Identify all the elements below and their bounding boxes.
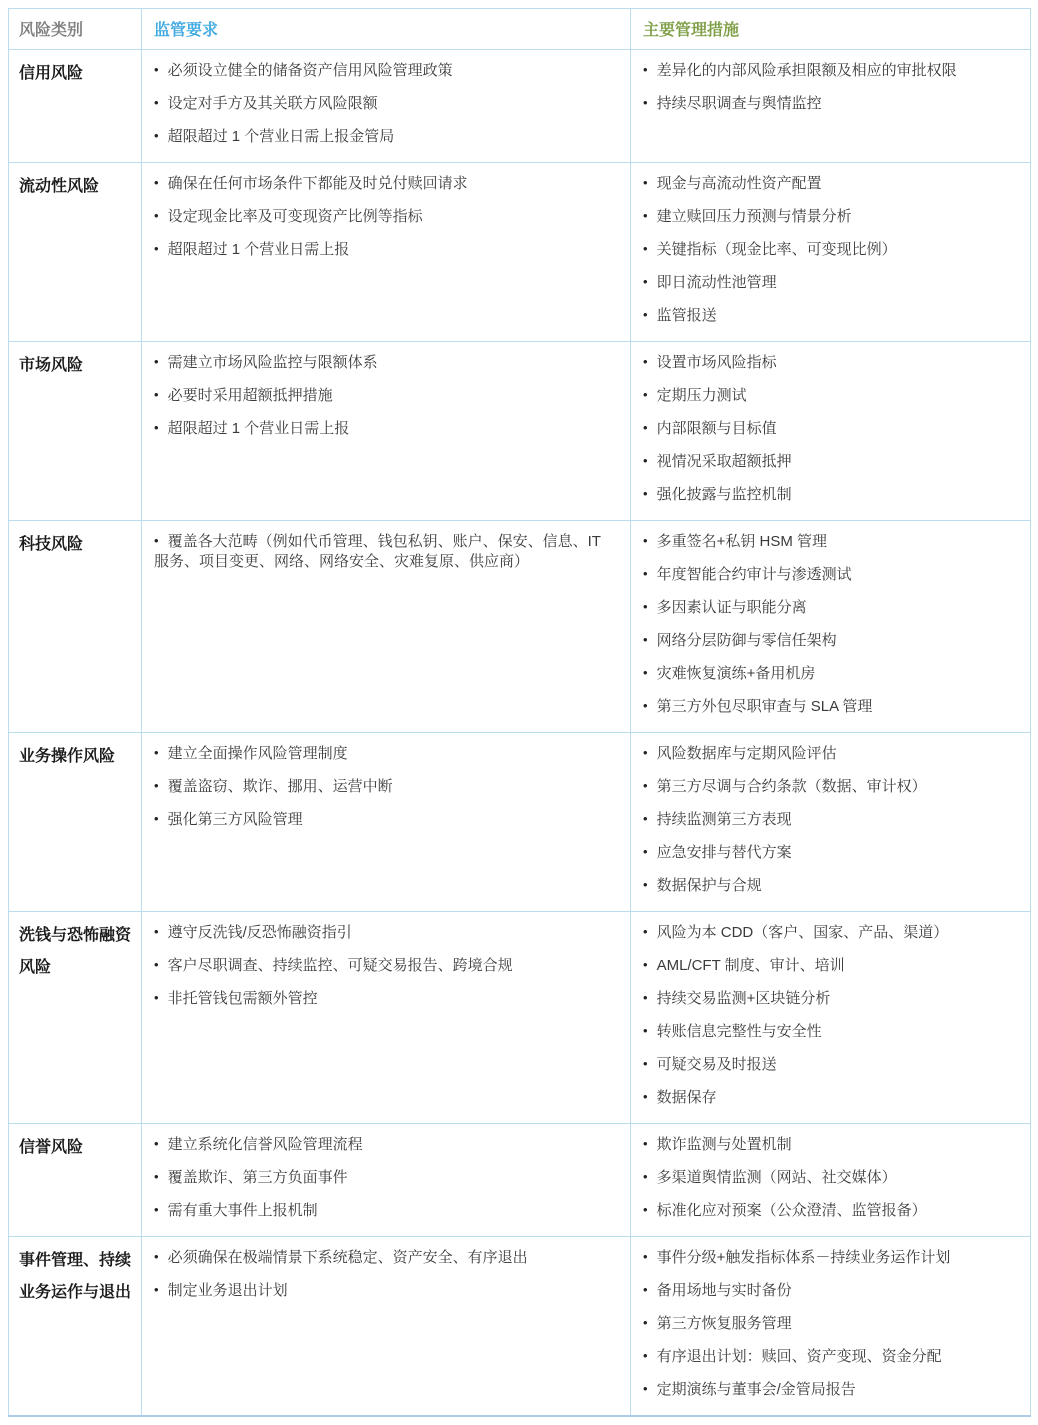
requirement-item-text: 需建立市场风险监控与限额体系 [168, 354, 378, 371]
measures-cell: •多重签名+私钥 HSM 管理•年度智能合约审计与渗透测试•多因素认证与职能分离… [631, 521, 1031, 733]
requirement-item: •需建立市场风险监控与限额体系 [154, 353, 618, 373]
bullet-icon: • [643, 955, 648, 975]
requirement-item: •超限超过 1 个营业日需上报 [154, 240, 618, 260]
bullet-icon: • [643, 173, 648, 193]
measure-item-text: AML/CFT 制度、审计、培训 [657, 957, 845, 974]
bullet-icon: • [154, 988, 159, 1008]
bullet-icon: • [643, 696, 648, 716]
requirement-item: •建立全面操作风险管理制度 [154, 744, 618, 764]
risk-category-cell: 信用风险 [9, 50, 142, 163]
measure-item: •灾难恢复演练+备用机房 [643, 664, 1018, 684]
requirements-cell: •建立系统化信誉风险管理流程•覆盖欺诈、第三方负面事件•需有重大事件上报机制 [142, 1124, 631, 1237]
measure-item: •内部限额与目标值 [643, 419, 1018, 439]
requirements-cell: •建立全面操作风险管理制度•覆盖盗窃、欺诈、挪用、运营中断•强化第三方风险管理 [142, 733, 631, 912]
requirement-list: •覆盖各大范畴（例如代币管理、钱包私钥、账户、保安、信息、IT 服务、项目变更、… [154, 532, 618, 572]
requirements-cell: •必须设立健全的储备资产信用风险管理政策•设定对手方及其关联方风险限额•超限超过… [142, 50, 631, 163]
measure-item-text: 差异化的内部风险承担限额及相应的审批权限 [657, 62, 957, 79]
table-row: 流动性风险•确保在任何市场条件下都能及时兑付赎回请求•设定现金比率及可变现资产比… [9, 163, 1031, 342]
header-regulatory-requirements: 监管要求 [142, 9, 631, 50]
measure-item: •风险为本 CDD（客户、国家、产品、渠道） [643, 923, 1018, 943]
requirement-list: •建立系统化信誉风险管理流程•覆盖欺诈、第三方负面事件•需有重大事件上报机制 [154, 1135, 618, 1221]
bullet-icon: • [643, 239, 648, 259]
measure-item-text: 数据保护与合规 [657, 877, 762, 894]
bullet-icon: • [154, 1280, 159, 1300]
measure-item-text: 建立赎回压力预测与情景分析 [657, 208, 852, 225]
measure-item-text: 多重签名+私钥 HSM 管理 [657, 533, 827, 550]
requirement-item-text: 覆盖盗窃、欺诈、挪用、运营中断 [168, 778, 393, 795]
bullet-icon: • [154, 126, 159, 146]
measure-item-text: 转账信息完整性与安全性 [657, 1023, 822, 1040]
bullet-icon: • [643, 1087, 648, 1107]
requirement-item-text: 非托管钱包需额外管控 [168, 990, 318, 1007]
measure-item-text: 第三方恢复服务管理 [657, 1315, 792, 1332]
measure-item: •年度智能合约审计与渗透测试 [643, 565, 1018, 585]
bullet-icon: • [643, 1021, 648, 1041]
requirement-item: •必须确保在极端情景下系统稳定、资产安全、有序退出 [154, 1248, 618, 1268]
requirement-item-text: 遵守反洗钱/反恐怖融资指引 [168, 924, 352, 941]
bullet-icon: • [154, 1134, 159, 1154]
measure-item: •监管报送 [643, 306, 1018, 326]
measure-item: •欺诈监测与处置机制 [643, 1135, 1018, 1155]
measure-item-text: 第三方外包尽职审查与 SLA 管理 [657, 698, 873, 715]
measure-item: •数据保存 [643, 1088, 1018, 1108]
measure-item: •即日流动性池管理 [643, 273, 1018, 293]
risk-category-cell: 业务操作风险 [9, 733, 142, 912]
requirement-item: •超限超过 1 个营业日需上报金管局 [154, 127, 618, 147]
bullet-icon: • [154, 922, 159, 942]
requirement-item-text: 设定现金比率及可变现资产比例等指标 [168, 208, 423, 225]
requirement-item: •设定现金比率及可变现资产比例等指标 [154, 207, 618, 227]
measure-item: •设置市场风险指标 [643, 353, 1018, 373]
requirement-item: •覆盖盗窃、欺诈、挪用、运营中断 [154, 777, 618, 797]
requirement-item: •制定业务退出计划 [154, 1281, 618, 1301]
risk-category-cell: 事件管理、持续业务运作与退出 [9, 1237, 142, 1417]
measure-item-text: 有序退出计划：赎回、资产变现、资金分配 [657, 1348, 942, 1365]
bullet-icon: • [154, 776, 159, 796]
measure-item-text: 现金与高流动性资产配置 [657, 175, 822, 192]
measure-item-text: 灾难恢复演练+备用机房 [657, 665, 816, 682]
measure-item: •风险数据库与定期风险评估 [643, 744, 1018, 764]
requirement-item-text: 建立系统化信誉风险管理流程 [168, 1136, 363, 1153]
measure-item: •建立赎回压力预测与情景分析 [643, 207, 1018, 227]
measure-list: •多重签名+私钥 HSM 管理•年度智能合约审计与渗透测试•多因素认证与职能分离… [643, 532, 1018, 717]
measures-cell: •事件分级+触发指标体系－持续业务运作计划•备用场地与实时备份•第三方恢复服务管… [631, 1237, 1031, 1417]
requirement-item: •必须设立健全的储备资产信用风险管理政策 [154, 61, 618, 81]
measure-list: •事件分级+触发指标体系－持续业务运作计划•备用场地与实时备份•第三方恢复服务管… [643, 1248, 1018, 1400]
requirement-item-text: 确保在任何市场条件下都能及时兑付赎回请求 [168, 175, 468, 192]
bullet-icon: • [154, 239, 159, 259]
risk-category-cell: 信誉风险 [9, 1124, 142, 1237]
bullet-icon: • [643, 206, 648, 226]
risk-category-cell: 市场风险 [9, 342, 142, 521]
bullet-icon: • [643, 1313, 648, 1333]
bullet-icon: • [643, 93, 648, 113]
requirement-item-text: 客户尽职调查、持续监控、可疑交易报告、跨境合规 [168, 957, 513, 974]
bullet-icon: • [154, 352, 159, 372]
bullet-icon: • [154, 809, 159, 829]
measure-item: •数据保护与合规 [643, 876, 1018, 896]
requirement-item: •确保在任何市场条件下都能及时兑付赎回请求 [154, 174, 618, 194]
bullet-icon: • [643, 305, 648, 325]
bullet-icon: • [154, 743, 159, 763]
bullet-icon: • [643, 1200, 648, 1220]
measure-item: •应急安排与替代方案 [643, 843, 1018, 863]
requirements-cell: •必须确保在极端情景下系统稳定、资产安全、有序退出•制定业务退出计划 [142, 1237, 631, 1417]
requirements-cell: •确保在任何市场条件下都能及时兑付赎回请求•设定现金比率及可变现资产比例等指标•… [142, 163, 631, 342]
measure-item: •定期演练与董事会/金管局报告 [643, 1380, 1018, 1400]
bullet-icon: • [154, 531, 159, 551]
header-management-measures: 主要管理措施 [631, 9, 1031, 50]
measure-item: •有序退出计划：赎回、资产变现、资金分配 [643, 1347, 1018, 1367]
measure-item: •多重签名+私钥 HSM 管理 [643, 532, 1018, 552]
measures-cell: •风险为本 CDD（客户、国家、产品、渠道）•AML/CFT 制度、审计、培训•… [631, 912, 1031, 1124]
measure-item-text: 应急安排与替代方案 [657, 844, 792, 861]
bullet-icon: • [643, 564, 648, 584]
requirement-list: •必须设立健全的储备资产信用风险管理政策•设定对手方及其关联方风险限额•超限超过… [154, 61, 618, 147]
bullet-icon: • [643, 1134, 648, 1154]
bullet-icon: • [643, 451, 648, 471]
measure-item: •强化披露与监控机制 [643, 485, 1018, 505]
requirement-item-text: 建立全面操作风险管理制度 [168, 745, 348, 762]
requirement-item: •需有重大事件上报机制 [154, 1201, 618, 1221]
bullet-icon: • [643, 776, 648, 796]
requirement-item-text: 覆盖各大范畴（例如代币管理、钱包私钥、账户、保安、信息、IT 服务、项目变更、网… [154, 533, 601, 570]
measure-item-text: 定期演练与董事会/金管局报告 [657, 1381, 856, 1398]
bullet-icon: • [643, 875, 648, 895]
bullet-icon: • [643, 842, 648, 862]
measure-item-text: 多渠道舆情监测（网站、社交媒体） [657, 1169, 897, 1186]
requirement-item-text: 必须设立健全的储备资产信用风险管理政策 [168, 62, 453, 79]
bullet-icon: • [643, 922, 648, 942]
measure-item-text: 欺诈监测与处置机制 [657, 1136, 792, 1153]
measure-item: •关键指标（现金比率、可变现比例） [643, 240, 1018, 260]
measure-item: •定期压力测试 [643, 386, 1018, 406]
measure-item: •持续监测第三方表现 [643, 810, 1018, 830]
measure-item-text: 设置市场风险指标 [657, 354, 777, 371]
requirement-item: •覆盖各大范畴（例如代币管理、钱包私钥、账户、保安、信息、IT 服务、项目变更、… [154, 532, 618, 572]
bullet-icon: • [643, 1167, 648, 1187]
measure-item: •AML/CFT 制度、审计、培训 [643, 956, 1018, 976]
requirement-list: •必须确保在极端情景下系统稳定、资产安全、有序退出•制定业务退出计划 [154, 1248, 618, 1301]
table-row: 信用风险•必须设立健全的储备资产信用风险管理政策•设定对手方及其关联方风险限额•… [9, 50, 1031, 163]
measure-item-text: 强化披露与监控机制 [657, 486, 792, 503]
requirement-item-text: 必须确保在极端情景下系统稳定、资产安全、有序退出 [168, 1249, 528, 1266]
bullet-icon: • [643, 60, 648, 80]
requirement-item: •设定对手方及其关联方风险限额 [154, 94, 618, 114]
measure-item: •标准化应对预案（公众澄清、监管报备） [643, 1201, 1018, 1221]
requirement-list: •确保在任何市场条件下都能及时兑付赎回请求•设定现金比率及可变现资产比例等指标•… [154, 174, 618, 260]
risk-table: 风险类别 监管要求 主要管理措施 信用风险•必须设立健全的储备资产信用风险管理政… [8, 8, 1031, 1417]
requirement-item-text: 超限超过 1 个营业日需上报 [168, 420, 350, 437]
measure-item: •备用场地与实时备份 [643, 1281, 1018, 1301]
measure-list: •欺诈监测与处置机制•多渠道舆情监测（网站、社交媒体）•标准化应对预案（公众澄清… [643, 1135, 1018, 1221]
measure-item: •视情况采取超额抵押 [643, 452, 1018, 472]
bullet-icon: • [154, 206, 159, 226]
measure-item-text: 年度智能合约审计与渗透测试 [657, 566, 852, 583]
table-row: 科技风险•覆盖各大范畴（例如代币管理、钱包私钥、账户、保安、信息、IT 服务、项… [9, 521, 1031, 733]
bullet-icon: • [643, 1280, 648, 1300]
measure-item-text: 数据保存 [657, 1089, 717, 1106]
requirement-item-text: 设定对手方及其关联方风险限额 [168, 95, 378, 112]
risk-category-cell: 洗钱与恐怖融资风险 [9, 912, 142, 1124]
measure-item: •可疑交易及时报送 [643, 1055, 1018, 1075]
measure-item-text: 关键指标（现金比率、可变现比例） [657, 241, 897, 258]
table-row: 洗钱与恐怖融资风险•遵守反洗钱/反恐怖融资指引•客户尽职调查、持续监控、可疑交易… [9, 912, 1031, 1124]
measures-cell: •差异化的内部风险承担限额及相应的审批权限•持续尽职调查与舆情监控 [631, 50, 1031, 163]
table-row: 业务操作风险•建立全面操作风险管理制度•覆盖盗窃、欺诈、挪用、运营中断•强化第三… [9, 733, 1031, 912]
bullet-icon: • [154, 1200, 159, 1220]
bullet-icon: • [643, 1346, 648, 1366]
bullet-icon: • [154, 418, 159, 438]
requirement-item: •必要时采用超额抵押措施 [154, 386, 618, 406]
table-row: 事件管理、持续业务运作与退出•必须确保在极端情景下系统稳定、资产安全、有序退出•… [9, 1237, 1031, 1417]
measure-item: •事件分级+触发指标体系－持续业务运作计划 [643, 1248, 1018, 1268]
requirements-cell: •覆盖各大范畴（例如代币管理、钱包私钥、账户、保安、信息、IT 服务、项目变更、… [142, 521, 631, 733]
bullet-icon: • [643, 418, 648, 438]
measure-item-text: 监管报送 [657, 307, 717, 324]
measures-cell: •欺诈监测与处置机制•多渠道舆情监测（网站、社交媒体）•标准化应对预案（公众澄清… [631, 1124, 1031, 1237]
measure-item: •第三方恢复服务管理 [643, 1314, 1018, 1334]
bullet-icon: • [643, 531, 648, 551]
bullet-icon: • [154, 93, 159, 113]
requirement-list: •建立全面操作风险管理制度•覆盖盗窃、欺诈、挪用、运营中断•强化第三方风险管理 [154, 744, 618, 830]
requirement-item: •建立系统化信誉风险管理流程 [154, 1135, 618, 1155]
measure-item: •差异化的内部风险承担限额及相应的审批权限 [643, 61, 1018, 81]
measure-item: •转账信息完整性与安全性 [643, 1022, 1018, 1042]
bullet-icon: • [643, 352, 648, 372]
measure-item: •现金与高流动性资产配置 [643, 174, 1018, 194]
bullet-icon: • [643, 385, 648, 405]
measure-list: •风险为本 CDD（客户、国家、产品、渠道）•AML/CFT 制度、审计、培训•… [643, 923, 1018, 1108]
risk-category-cell: 科技风险 [9, 521, 142, 733]
bullet-icon: • [154, 60, 159, 80]
bullet-icon: • [643, 1379, 648, 1399]
measure-item-text: 视情况采取超额抵押 [657, 453, 792, 470]
risk-category-cell: 流动性风险 [9, 163, 142, 342]
requirement-item-text: 超限超过 1 个营业日需上报金管局 [168, 128, 395, 145]
bullet-icon: • [154, 1167, 159, 1187]
measure-list: •设置市场风险指标•定期压力测试•内部限额与目标值•视情况采取超额抵押•强化披露… [643, 353, 1018, 505]
requirements-cell: •遵守反洗钱/反恐怖融资指引•客户尽职调查、持续监控、可疑交易报告、跨境合规•非… [142, 912, 631, 1124]
measure-item: •多渠道舆情监测（网站、社交媒体） [643, 1168, 1018, 1188]
requirement-list: •遵守反洗钱/反恐怖融资指引•客户尽职调查、持续监控、可疑交易报告、跨境合规•非… [154, 923, 618, 1009]
measure-list: •现金与高流动性资产配置•建立赎回压力预测与情景分析•关键指标（现金比率、可变现… [643, 174, 1018, 326]
requirement-item-text: 制定业务退出计划 [168, 1282, 288, 1299]
measure-item-text: 标准化应对预案（公众澄清、监管报备） [657, 1202, 927, 1219]
bullet-icon: • [643, 484, 648, 504]
bullet-icon: • [643, 988, 648, 1008]
measure-item-text: 持续交易监测+区块链分析 [657, 990, 831, 1007]
measure-item-text: 定期压力测试 [657, 387, 747, 404]
requirement-item: •超限超过 1 个营业日需上报 [154, 419, 618, 439]
requirement-item-text: 超限超过 1 个营业日需上报 [168, 241, 350, 258]
measure-item: •网络分层防御与零信任架构 [643, 631, 1018, 651]
header-row: 风险类别 监管要求 主要管理措施 [9, 9, 1031, 50]
measure-item: •第三方外包尽职审查与 SLA 管理 [643, 697, 1018, 717]
bullet-icon: • [154, 1247, 159, 1267]
measure-item: •多因素认证与职能分离 [643, 598, 1018, 618]
requirement-item: •客户尽职调查、持续监控、可疑交易报告、跨境合规 [154, 956, 618, 976]
measures-cell: •现金与高流动性资产配置•建立赎回压力预测与情景分析•关键指标（现金比率、可变现… [631, 163, 1031, 342]
bullet-icon: • [154, 385, 159, 405]
measure-item-text: 风险数据库与定期风险评估 [657, 745, 837, 762]
measure-item-text: 持续尽职调查与舆情监控 [657, 95, 822, 112]
measure-item: •第三方尽调与合约条款（数据、审计权） [643, 777, 1018, 797]
requirement-item-text: 覆盖欺诈、第三方负面事件 [168, 1169, 348, 1186]
requirement-item-text: 强化第三方风险管理 [168, 811, 303, 828]
document-page: 风险类别 监管要求 主要管理措施 信用风险•必须设立健全的储备资产信用风险管理政… [0, 0, 1038, 1425]
measure-item: •持续尽职调查与舆情监控 [643, 94, 1018, 114]
bullet-icon: • [643, 597, 648, 617]
measure-list: •风险数据库与定期风险评估•第三方尽调与合约条款（数据、审计权）•持续监测第三方… [643, 744, 1018, 896]
requirement-list: •需建立市场风险监控与限额体系•必要时采用超额抵押措施•超限超过 1 个营业日需… [154, 353, 618, 439]
bullet-icon: • [154, 173, 159, 193]
measure-item-text: 事件分级+触发指标体系－持续业务运作计划 [657, 1249, 951, 1266]
measure-item-text: 多因素认证与职能分离 [657, 599, 807, 616]
requirement-item-text: 必要时采用超额抵押措施 [168, 387, 333, 404]
requirement-item: •非托管钱包需额外管控 [154, 989, 618, 1009]
table-body: 信用风险•必须设立健全的储备资产信用风险管理政策•设定对手方及其关联方风险限额•… [9, 50, 1031, 1417]
bullet-icon: • [643, 1247, 648, 1267]
measure-item: •持续交易监测+区块链分析 [643, 989, 1018, 1009]
bullet-icon: • [643, 663, 648, 683]
measure-item-text: 风险为本 CDD（客户、国家、产品、渠道） [657, 924, 949, 941]
measure-item-text: 持续监测第三方表现 [657, 811, 792, 828]
bullet-icon: • [643, 1054, 648, 1074]
bullet-icon: • [643, 809, 648, 829]
measure-list: •差异化的内部风险承担限额及相应的审批权限•持续尽职调查与舆情监控 [643, 61, 1018, 114]
measures-cell: •设置市场风险指标•定期压力测试•内部限额与目标值•视情况采取超额抵押•强化披露… [631, 342, 1031, 521]
requirement-item-text: 需有重大事件上报机制 [168, 1202, 318, 1219]
measure-item-text: 第三方尽调与合约条款（数据、审计权） [657, 778, 927, 795]
requirement-item: •遵守反洗钱/反恐怖融资指引 [154, 923, 618, 943]
table-row: 市场风险•需建立市场风险监控与限额体系•必要时采用超额抵押措施•超限超过 1 个… [9, 342, 1031, 521]
measure-item-text: 网络分层防御与零信任架构 [657, 632, 837, 649]
bullet-icon: • [643, 743, 648, 763]
bullet-icon: • [643, 272, 648, 292]
requirement-item: •覆盖欺诈、第三方负面事件 [154, 1168, 618, 1188]
measure-item-text: 即日流动性池管理 [657, 274, 777, 291]
bullet-icon: • [643, 630, 648, 650]
measures-cell: •风险数据库与定期风险评估•第三方尽调与合约条款（数据、审计权）•持续监测第三方… [631, 733, 1031, 912]
table-row: 信誉风险•建立系统化信誉风险管理流程•覆盖欺诈、第三方负面事件•需有重大事件上报… [9, 1124, 1031, 1237]
requirements-cell: •需建立市场风险监控与限额体系•必要时采用超额抵押措施•超限超过 1 个营业日需… [142, 342, 631, 521]
header-risk-category: 风险类别 [9, 9, 142, 50]
measure-item-text: 内部限额与目标值 [657, 420, 777, 437]
requirement-item: •强化第三方风险管理 [154, 810, 618, 830]
measure-item-text: 可疑交易及时报送 [657, 1056, 777, 1073]
measure-item-text: 备用场地与实时备份 [657, 1282, 792, 1299]
bullet-icon: • [154, 955, 159, 975]
